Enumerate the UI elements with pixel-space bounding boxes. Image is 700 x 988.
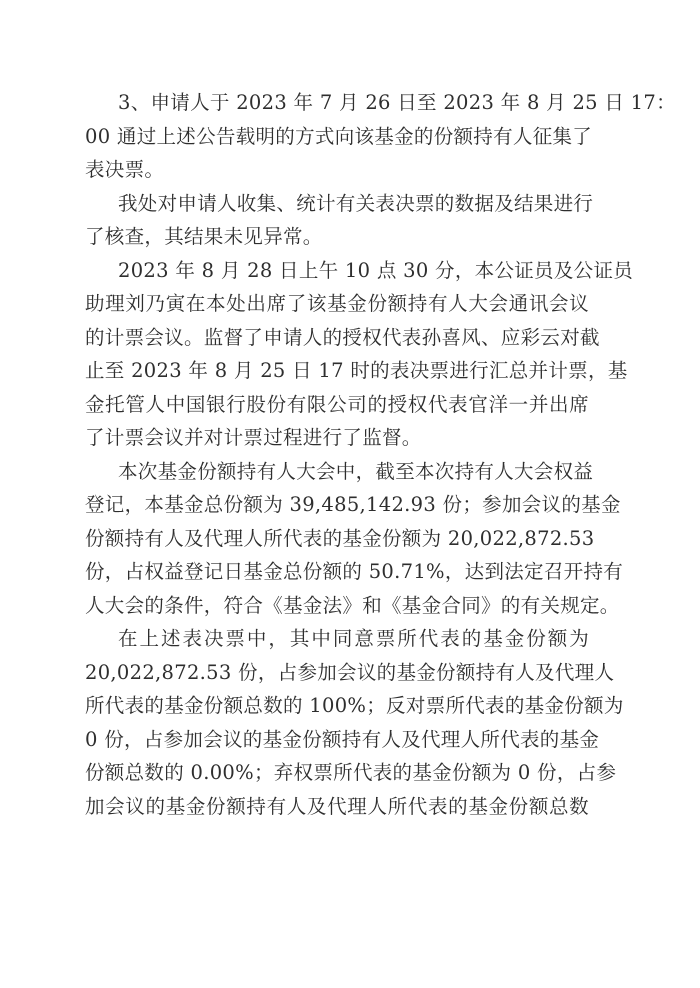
paragraph-line: 在上述表决票中，其中同意票所代表的基金份额为 <box>85 622 589 656</box>
paragraph-line: 2023 年 8 月 28 日上午 10 点 30 分，本公证员及公证员 <box>85 254 589 288</box>
paragraph-line: 登记，本基金总份额为 39,485,142.93 份；参加会议的基金 <box>85 488 589 522</box>
paragraph-ballot-collection: 3、申请人于 2023 年 7 月 26 日至 2023 年 8 月 25 日 … <box>85 86 589 187</box>
paragraph-line: 表决票。 <box>85 153 589 187</box>
paragraph-line: 了核查，其结果未见异常。 <box>85 220 589 254</box>
paragraph-line: 金托管人中国银行股份有限公司的授权代表官洋一并出席 <box>85 388 589 422</box>
paragraph-line: 0 份，占参加会议的基金份额持有人及代理人所代表的基金 <box>85 723 589 757</box>
paragraph-quorum: 本次基金份额持有人大会中，截至本次持有人大会权益 登记，本基金总份额为 39,4… <box>85 455 589 623</box>
paragraph-verification: 我处对申请人收集、统计有关表决票的数据及结果进行 了核查，其结果未见异常。 <box>85 187 589 254</box>
paragraph-vote-results: 在上述表决票中，其中同意票所代表的基金份额为 20,022,872.53 份，占… <box>85 622 589 823</box>
paragraph-line: 00 通过上述公告载明的方式向该基金的份额持有人征集了 <box>85 120 589 154</box>
paragraph-line: 加会议的基金份额持有人及代理人所代表的基金份额总数 <box>85 790 589 824</box>
document-body: 3、申请人于 2023 年 7 月 26 日至 2023 年 8 月 25 日 … <box>85 86 589 823</box>
paragraph-line: 助理刘乃寅在本处出席了该基金份额持有人大会通讯会议 <box>85 287 589 321</box>
paragraph-line: 我处对申请人收集、统计有关表决票的数据及结果进行 <box>85 187 589 221</box>
paragraph-line: 份，占权益登记日基金总份额的 50.71%，达到法定召开持有 <box>85 555 589 589</box>
paragraph-line: 了计票会议并对计票过程进行了监督。 <box>85 421 589 455</box>
paragraph-line: 人大会的条件，符合《基金法》和《基金合同》的有关规定。 <box>85 589 589 623</box>
paragraph-line: 份额总数的 0.00%；弃权票所代表的基金份额为 0 份，占参 <box>85 756 589 790</box>
paragraph-line: 20,022,872.53 份，占参加会议的基金份额持有人及代理人 <box>85 656 589 690</box>
document-page: 3、申请人于 2023 年 7 月 26 日至 2023 年 8 月 25 日 … <box>0 0 700 988</box>
paragraph-line: 的计票会议。监督了申请人的授权代表孙喜风、应彩云对截 <box>85 321 589 355</box>
paragraph-line: 本次基金份额持有人大会中，截至本次持有人大会权益 <box>85 455 589 489</box>
paragraph-line: 止至 2023 年 8 月 25 日 17 时的表决票进行汇总并计票，基 <box>85 354 589 388</box>
paragraph-line: 份额持有人及代理人所代表的基金份额为 20,022,872.53 <box>85 522 589 556</box>
paragraph-line: 所代表的基金份额总数的 100%；反对票所代表的基金份额为 <box>85 689 589 723</box>
paragraph-counting-meeting: 2023 年 8 月 28 日上午 10 点 30 分，本公证员及公证员 助理刘… <box>85 254 589 455</box>
paragraph-line: 3、申请人于 2023 年 7 月 26 日至 2023 年 8 月 25 日 … <box>85 86 589 120</box>
